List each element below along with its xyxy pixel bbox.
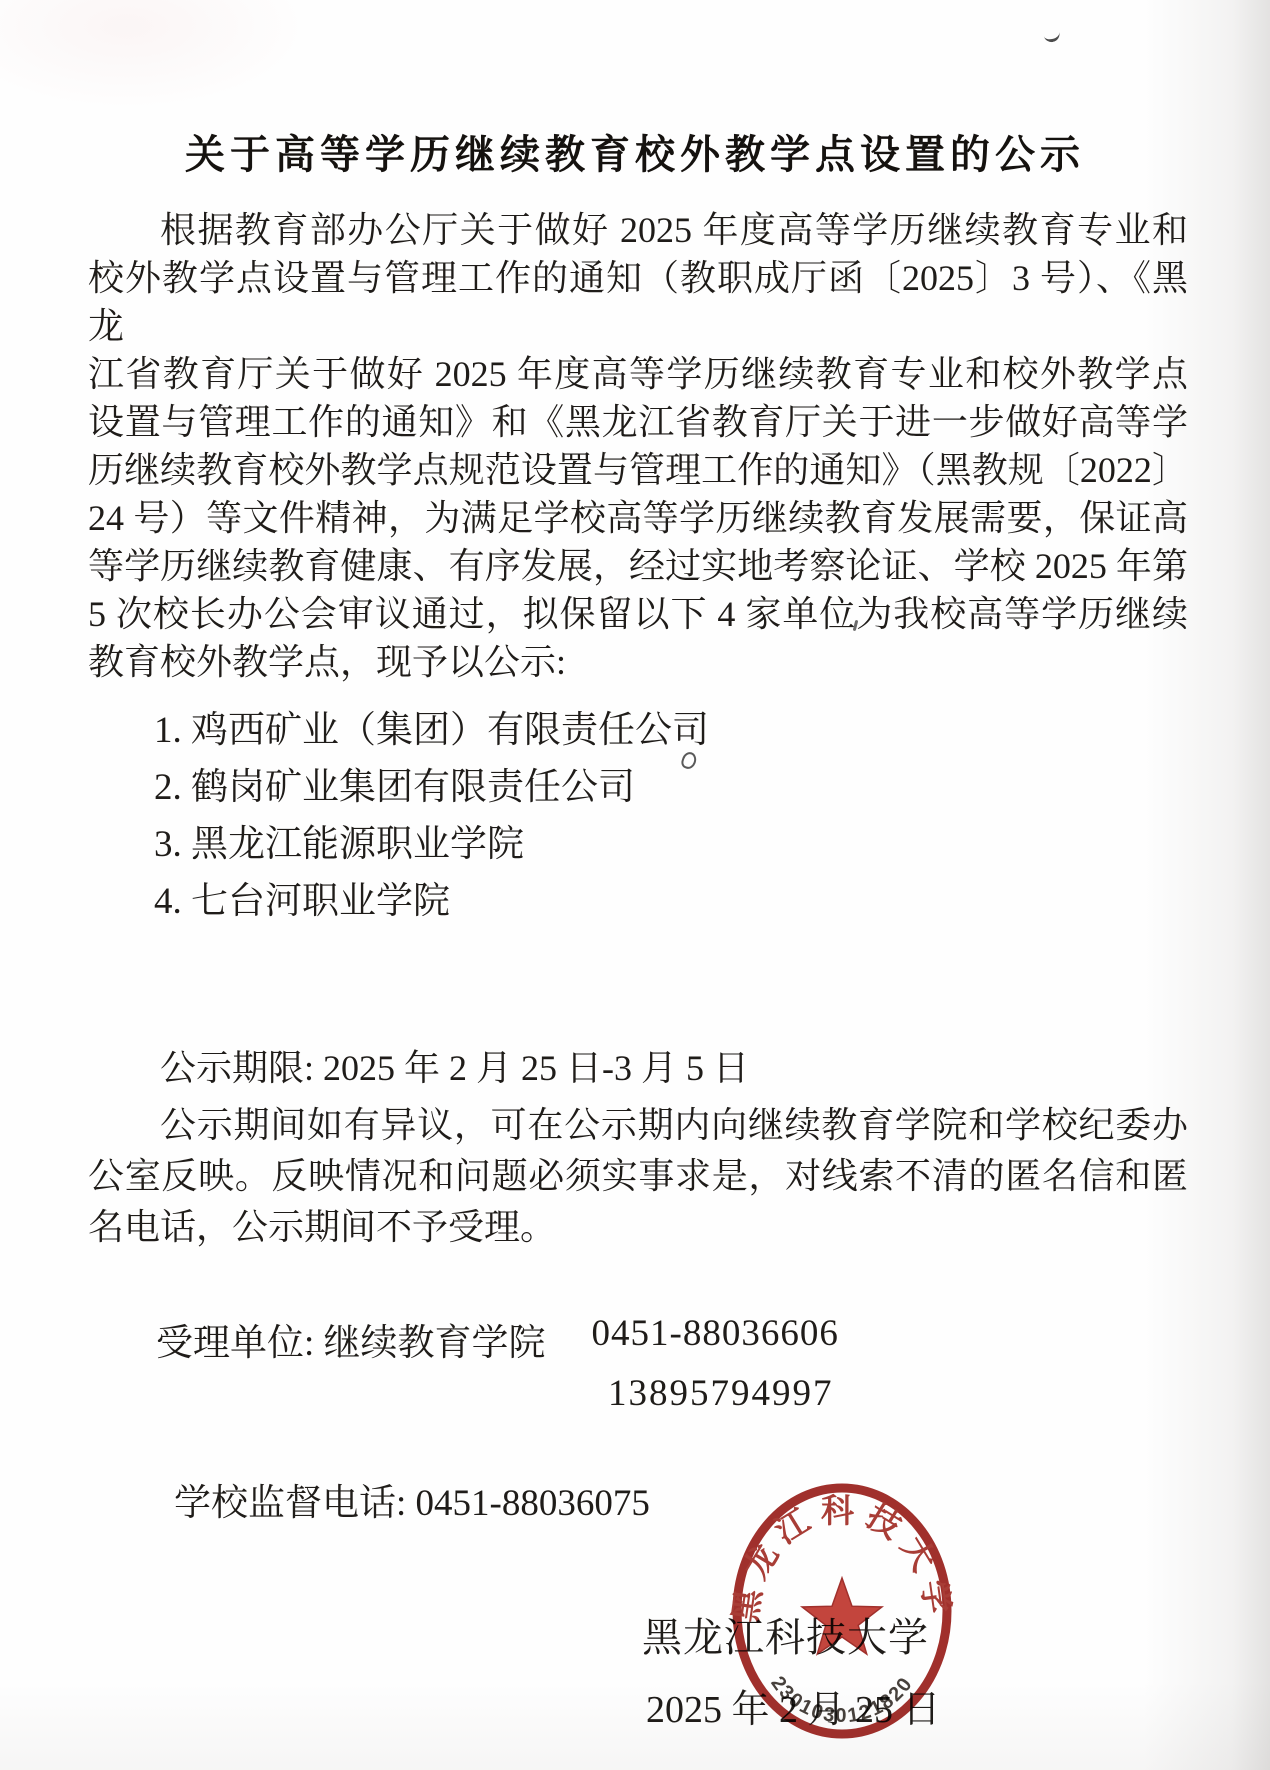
list-item: 4. 七台河职业学院	[154, 873, 709, 930]
list-item: 2. 鹤岗矿业集团有限责任公司	[154, 759, 709, 816]
document-title: 关于高等学历继续教育校外教学点设置的公示	[0, 123, 1270, 180]
paragraph-line: 历继续教育校外教学点规范设置与管理工作的通知》（黑教规〔2022〕	[88, 446, 1188, 494]
paragraph-line: 名电话，公示期间不予受理。	[88, 1202, 1188, 1253]
paragraph-line: 江省教育厅关于做好 2025 年度高等学历继续教育专业和校外教学点	[88, 350, 1188, 398]
paragraph-line: 公室反映。反映情况和问题必须实事求是，对线索不清的匿名信和匿	[88, 1151, 1188, 1202]
paragraph-line: 校外教学点设置与管理工作的通知（教职成厅函〔2025〕3 号）、《黑龙	[88, 254, 1188, 350]
paragraph-line: 等学历继续教育健康、有序发展，经过实地考察论证、学校 2025 年第	[88, 542, 1188, 590]
paragraph-line: 设置与管理工作的通知》和《黑龙江省教育厅关于进一步做好高等学	[88, 398, 1188, 446]
teaching-point-list: 1. 鸡西矿业（集团）有限责任公司 2. 鹤岗矿业集团有限责任公司 3. 黑龙江…	[154, 702, 709, 930]
official-seal-graphic: 黑龙江科技大学 2301030121820	[726, 1478, 958, 1744]
paragraph-intro: 根据教育部办公厅关于做好 2025 年度高等学历继续教育专业和 校外教学点设置与…	[88, 206, 1188, 686]
official-seal: 黑龙江科技大学 2301030121820	[726, 1478, 958, 1744]
paragraph-line: 公示期间如有异议，可在公示期内向继续教育学院和学校纪委办	[88, 1100, 1188, 1151]
list-item: 3. 黑龙江能源职业学院	[154, 816, 709, 873]
seal-star	[802, 1578, 882, 1654]
paragraph-line: 24 号）等文件精神，为满足学校高等学历继续教育发展需要，保证高	[88, 494, 1188, 542]
scan-artifact	[1043, 28, 1061, 44]
contact-unit-label: 受理单位: 继续教育学院	[156, 1312, 546, 1366]
list-item: 1. 鸡西矿业（集团）有限责任公司	[154, 702, 709, 759]
paragraph-line: 根据教育部办公厅关于做好 2025 年度高等学历继续教育专业和	[88, 206, 1188, 254]
supervision-phone-line: 学校监督电话: 0451-88036075	[174, 1472, 650, 1526]
contact-phone-1: 0451-88036606	[592, 1312, 839, 1366]
paragraph-line: 教育校外教学点，现予以公示:	[88, 638, 1188, 686]
paragraph-objection: 公示期间如有异议，可在公示期内向继续教育学院和学校纪委办 公室反映。反映情况和问…	[88, 1100, 1188, 1253]
document-page: 关于高等学历继续教育校外教学点设置的公示 根据教育部办公厅关于做好 2025 年…	[0, 0, 1270, 1770]
notice-period: 公示期限: 2025 年 2 月 25 日-3 月 5 日	[88, 1040, 749, 1091]
paragraph-line: 5 次校长办公会审议通过，拟保留以下 4 家单位为我校高等学历继续	[88, 590, 1188, 638]
contact-row: 受理单位: 继续教育学院 0451-88036606	[156, 1312, 839, 1366]
contact-phone-2: 13895794997	[608, 1372, 834, 1415]
